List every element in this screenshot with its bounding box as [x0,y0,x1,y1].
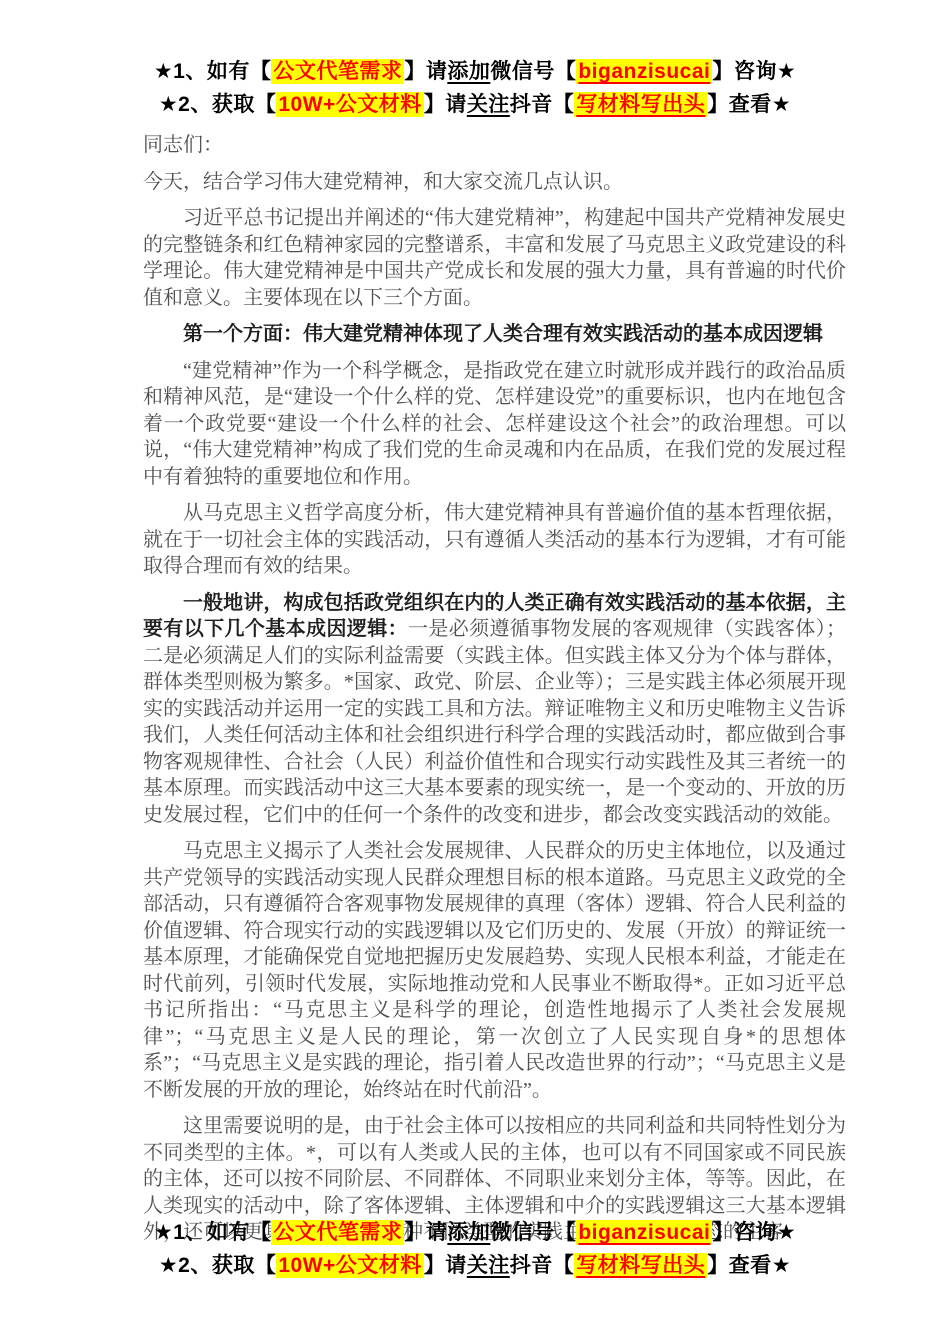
promo-run: biganzisucai [576,59,712,84]
promo-run: 公文代笔需求 [271,1220,404,1245]
header-promo-line-1: ★1、如有【公文代笔需求】请添加微信号【biganzisucai】咨询★ [0,55,950,88]
document-body: 同志们：今天，结合学习伟大建党精神，和大家交流几点认识。习近平总书记提出并阐述的… [0,132,950,1246]
section-heading: 第一个方面：伟大建党精神体现了人类合理有效实践活动的基本成因逻辑 [143,321,846,348]
paragraph: 从马克思主义哲学高度分析，伟大建党精神具有普遍价值的基本哲理依据，就在于一切社会… [143,500,846,580]
promo-run: ★2、获取【 [159,93,277,116]
header-promo-line-2: ★2、获取【10W+公文材料】请关注抖音【写材料写出头】查看★ [0,88,950,121]
header-promo: ★1、如有【公文代笔需求】请添加微信号【biganzisucai】咨询★ ★2、… [0,0,950,121]
promo-run: 】咨询★ [712,1221,796,1244]
promo-run: 写材料写出头 [574,92,707,117]
promo-run: 抖音【 [510,93,575,116]
promo-run: 】请 [404,1221,447,1244]
promo-run: 添加 [447,60,490,83]
document-page: ★1、如有【公文代笔需求】请添加微信号【biganzisucai】咨询★ ★2、… [0,0,950,1344]
paragraph: 一般地讲，构成包括政党组织在内的人类正确有效实践活动的基本依据，主要有以下几个基… [143,590,846,829]
paragraph: 同志们： [143,132,846,159]
footer-promo: ★1、如有【公文代笔需求】请添加微信号【biganzisucai】咨询★ ★2、… [0,1216,950,1282]
promo-run: 关注 [467,1254,510,1277]
promo-run: 】咨询★ [712,60,796,83]
promo-run: 添加 [447,1221,490,1244]
footer-promo-line-2: ★2、获取【10W+公文材料】请关注抖音【写材料写出头】查看★ [0,1249,950,1282]
promo-run: 微信号【 [490,1221,576,1244]
text-run: 一是必须遵循事物发展的客观规律（实践客体）；二是必须满足人们的实际利益需要（实践… [143,618,846,826]
promo-run: 抖音【 [510,1254,575,1277]
promo-run: ★2、获取【 [159,1254,277,1277]
paragraph: 今天，结合学习伟大建党精神，和大家交流几点认识。 [143,169,846,196]
promo-run: 公文代笔需求 [271,59,404,84]
paragraph: 马克思主义揭示了人类社会发展规律、人民群众的历史主体地位，以及通过共产党领导的实… [143,838,846,1103]
paragraph: “建党精神”作为一个科学概念，是指政党在建立时就形成并践行的政治品质和精神风范，… [143,358,846,491]
promo-run: biganzisucai [576,1220,712,1245]
promo-run: ★1、如有【 [154,60,272,83]
promo-run: 】请 [404,60,447,83]
promo-run: ★1、如有【 [154,1221,272,1244]
promo-run: 关注 [467,93,510,116]
promo-run: 】请 [424,93,467,116]
paragraph: 习近平总书记提出并阐述的“伟大建党精神”，构建起中国共产党精神发展史的完整链条和… [143,205,846,311]
footer-promo-line-1: ★1、如有【公文代笔需求】请添加微信号【biganzisucai】咨询★ [0,1216,950,1249]
promo-run: 10W+公文材料 [276,1253,423,1278]
promo-run: 】请 [424,1254,467,1277]
promo-run: 】查看★ [707,1254,791,1277]
promo-run: 】查看★ [707,93,791,116]
promo-run: 10W+公文材料 [276,92,423,117]
promo-run: 写材料写出头 [574,1253,707,1278]
promo-run: 微信号【 [490,60,576,83]
